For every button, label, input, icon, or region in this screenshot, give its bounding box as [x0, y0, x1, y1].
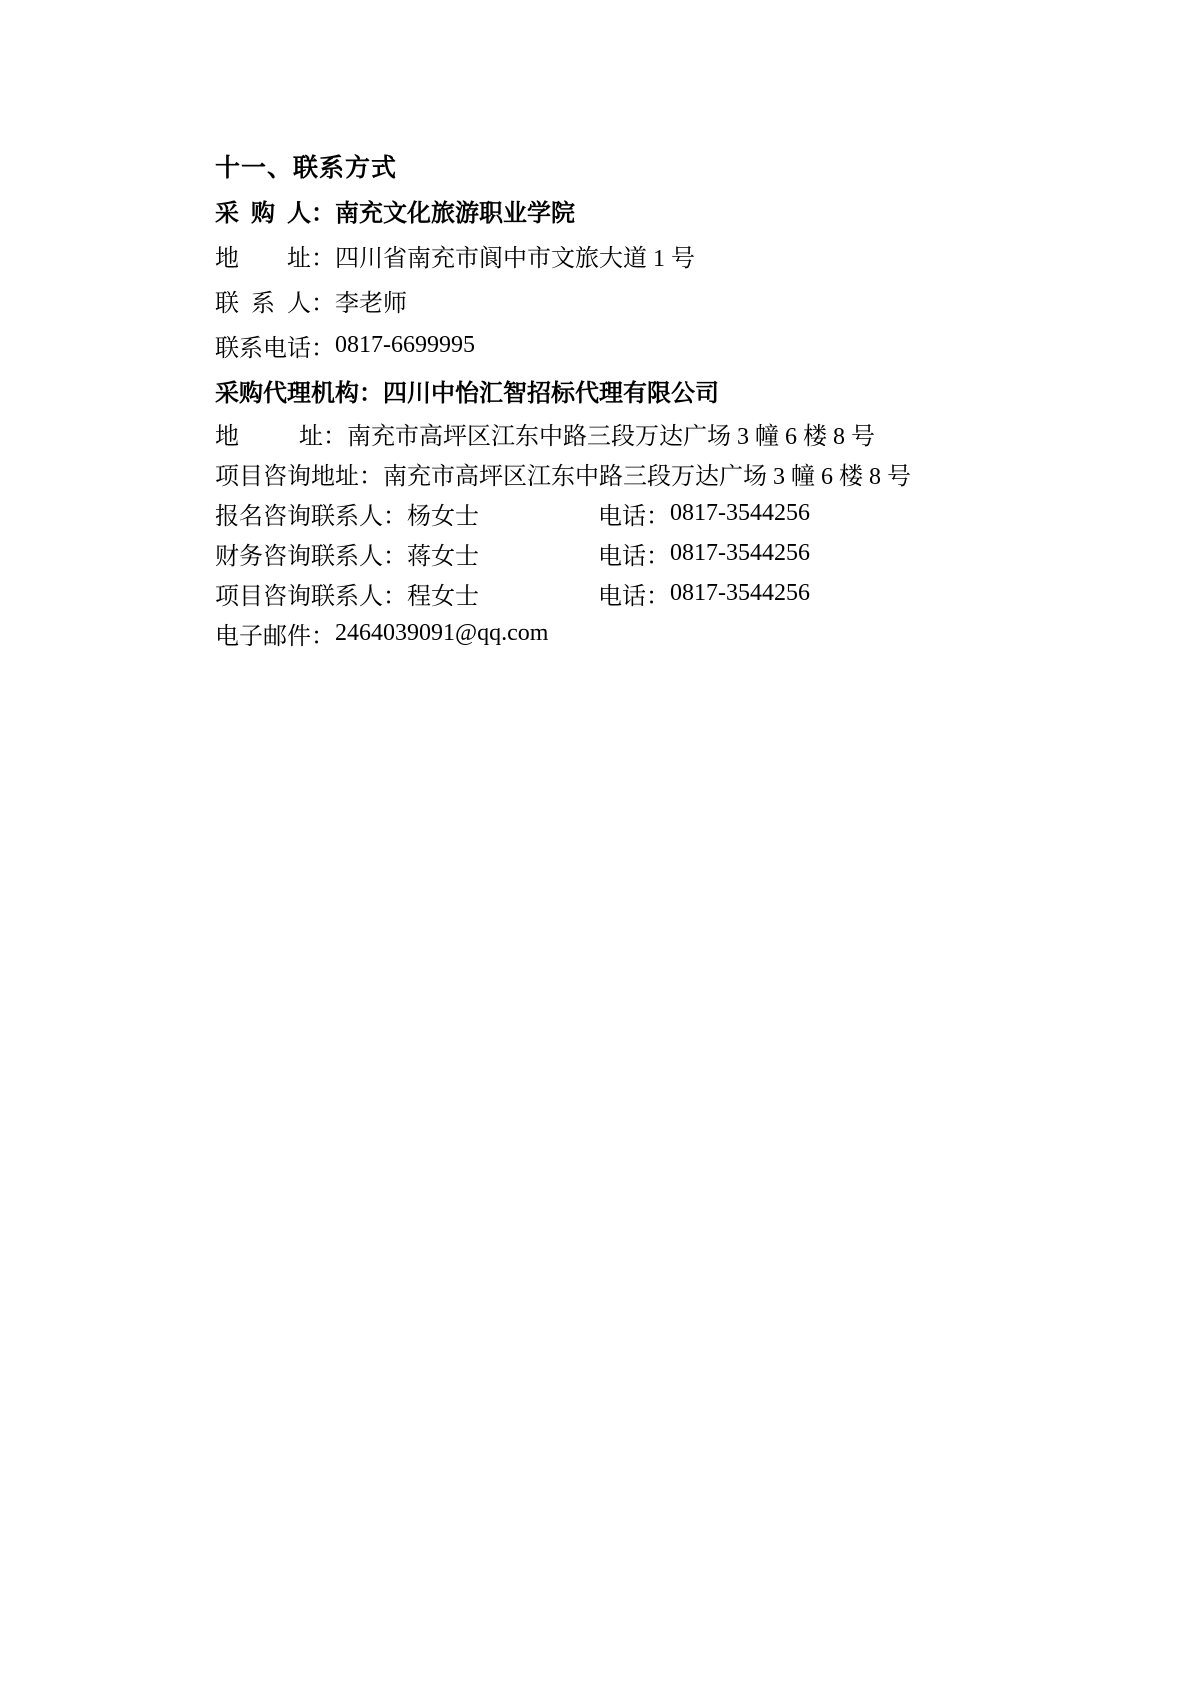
- purchaser-name-label: 采购人: [215, 193, 311, 228]
- contact-left-cell: 财务咨询联系人：蒋女士: [215, 536, 598, 571]
- agency-consult-address-value: 南充市高坪区江东中路三段万达广场 3 幢 6 楼 8 号: [383, 456, 911, 491]
- purchaser-phone-row: 联系电话：0817-6699995: [215, 323, 1101, 368]
- purchaser-address-label: 地址: [215, 238, 311, 273]
- agency-email-label: 电子邮件: [215, 616, 311, 651]
- purchaser-phone-value: 0817-6699995: [335, 332, 475, 359]
- contact-left-cell: 报名咨询联系人：杨女士: [215, 496, 598, 531]
- agency-contact-row-signup: 报名咨询联系人：杨女士电话：0817-3544256: [215, 493, 1101, 533]
- agency-address-row: 地址：南充市高坪区江东中路三段万达广场 3 幢 6 楼 8 号: [215, 413, 1101, 453]
- agency-contact-row-finance: 财务咨询联系人：蒋女士电话：0817-3544256: [215, 533, 1101, 573]
- contact-name: 蒋女士: [407, 536, 479, 571]
- colon: ：: [311, 238, 335, 273]
- contact-label: 报名咨询联系人: [215, 496, 383, 531]
- purchaser-name-row: 采购人：南充文化旅游职业学院: [215, 188, 1101, 233]
- colon: ：: [359, 373, 383, 408]
- phone-label: 电话: [598, 576, 646, 611]
- purchaser-contact-row: 联系人：李老师: [215, 278, 1101, 323]
- agency-email-row: 电子邮件：2464039091@qq.com: [215, 613, 1101, 653]
- agency-address-label: 地址: [215, 416, 323, 451]
- purchaser-contact-value: 李老师: [335, 283, 407, 318]
- agency-name-value: 四川中怡汇智招标代理有限公司: [383, 373, 719, 408]
- colon: ：: [383, 496, 407, 531]
- contact-label: 财务咨询联系人: [215, 536, 383, 571]
- contact-name: 程女士: [407, 576, 479, 611]
- agency-name-row: 采购代理机构：四川中怡汇智招标代理有限公司: [215, 368, 1101, 413]
- purchaser-name-value: 南充文化旅游职业学院: [335, 193, 575, 228]
- colon: ：: [646, 576, 670, 611]
- contact-name: 杨女士: [407, 496, 479, 531]
- phone-number: 0817-3544256: [670, 540, 810, 567]
- colon: ：: [323, 416, 347, 451]
- purchaser-address-row: 地址：四川省南充市阆中市文旅大道 1 号: [215, 233, 1101, 278]
- section-heading-text: 十一、联系方式: [215, 148, 397, 184]
- colon: ：: [311, 193, 335, 228]
- contact-left-cell: 项目咨询联系人：程女士: [215, 576, 598, 611]
- colon: ：: [383, 576, 407, 611]
- colon: ：: [311, 283, 335, 318]
- phone-label: 电话: [598, 536, 646, 571]
- agency-contact-row-project: 项目咨询联系人：程女士电话：0817-3544256: [215, 573, 1101, 613]
- section-heading: 十一、联系方式: [215, 143, 1101, 188]
- phone-number: 0817-3544256: [670, 580, 810, 607]
- agency-consult-address-label: 项目咨询地址: [215, 456, 359, 491]
- purchaser-phone-label: 联系电话: [215, 328, 311, 363]
- phone-number: 0817-3544256: [670, 500, 810, 527]
- colon: ：: [383, 536, 407, 571]
- purchaser-address-value: 四川省南充市阆中市文旅大道 1 号: [335, 238, 695, 273]
- colon: ：: [311, 616, 335, 651]
- purchaser-contact-label: 联系人: [215, 283, 311, 318]
- colon: ：: [359, 456, 383, 491]
- agency-name-label: 采购代理机构: [215, 373, 359, 408]
- document-page: 十一、联系方式 采购人：南充文化旅游职业学院 地址：四川省南充市阆中市文旅大道 …: [0, 0, 1191, 1684]
- phone-label: 电话: [598, 496, 646, 531]
- colon: ：: [646, 496, 670, 531]
- agency-email-value: 2464039091@qq.com: [335, 620, 548, 647]
- colon: ：: [646, 536, 670, 571]
- colon: ：: [311, 328, 335, 363]
- contact-label: 项目咨询联系人: [215, 576, 383, 611]
- agency-consult-address-row: 项目咨询地址：南充市高坪区江东中路三段万达广场 3 幢 6 楼 8 号: [215, 453, 1101, 493]
- agency-address-value: 南充市高坪区江东中路三段万达广场 3 幢 6 楼 8 号: [347, 416, 875, 451]
